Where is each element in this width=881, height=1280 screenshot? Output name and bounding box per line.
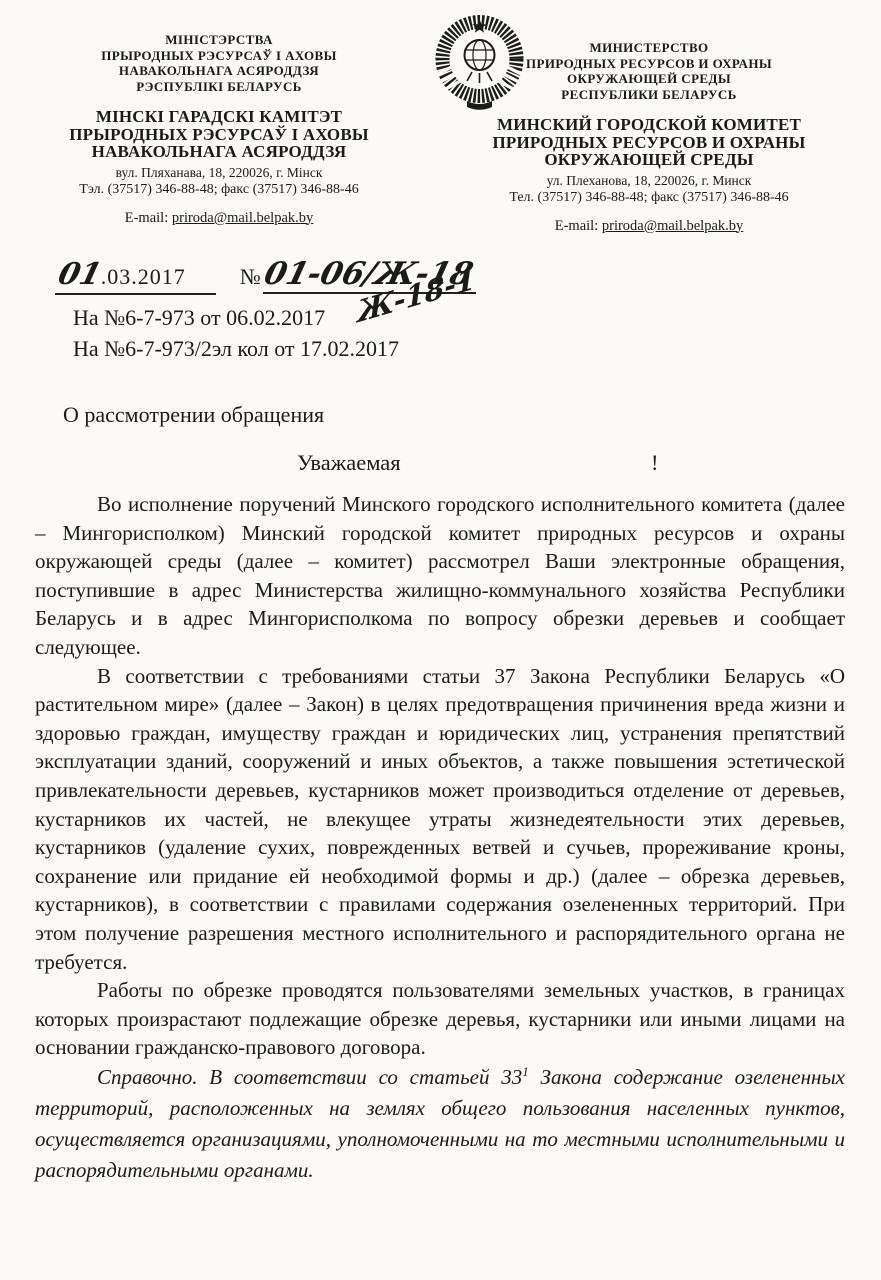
in-reply-to-line: На №6-7-973 от 06.02.2017 — [73, 302, 845, 333]
salutation-text: Уважаемая — [297, 450, 401, 476]
registration-block: 01.03.2017№01-06/Ж-18 Ж-18-1 На №6-7-973… — [55, 256, 845, 364]
email-address: priroda@mail.belpak.by — [172, 210, 313, 226]
outgoing-date: 01.03.2017 — [55, 257, 216, 295]
note-text: Справочно. В соответствии со статьей 33 — [97, 1065, 522, 1089]
ministry-line: РЕСПУБЛИКИ БЕЛАРУСЬ — [453, 87, 845, 103]
committee-line: НАВАКОЛЬНАГА АСЯРОДДЗЯ — [35, 143, 403, 161]
committee-name-ru: МИНСКИЙ ГОРОДСКОЙ КОМИТЕТ ПРИРОДНЫХ РЕСУ… — [453, 116, 845, 169]
phone-fax-be: Тэл. (37517) 346-88-48; факс (37517) 346… — [35, 182, 403, 198]
committee-line: ПРИРОДНЫХ РЕСУРСОВ И ОХРАНЫ — [453, 134, 845, 152]
letterhead: МІНІСТЭРСТВА ПРЫРОДНЫХ РЭСУРСАЎ І АХОВЫ … — [35, 10, 845, 242]
outgoing-date-number-row: 01.03.2017№01-06/Ж-18 Ж-18-1 — [55, 256, 845, 302]
committee-line: МИНСКИЙ ГОРОДСКОЙ КОМИТЕТ — [453, 116, 845, 134]
ministry-line: МИНИСТЕРСТВО — [453, 40, 845, 56]
ministry-line: МІНІСТЭРСТВА — [35, 32, 403, 48]
committee-line: ПРЫРОДНЫХ РЭСУРСАЎ І АХОВЫ — [35, 126, 403, 144]
body-paragraph: Во исполнение поручений Минского городск… — [35, 490, 845, 662]
committee-name-be: МІНСКІ ГАРАДСКІ КАМІТЭТ ПРЫРОДНЫХ РЭСУРС… — [35, 108, 403, 161]
email-line-be: E-mail: priroda@mail.belpak.by — [35, 210, 403, 227]
ministry-line: ПРИРОДНЫХ РЕСУРСОВ И ОХРАНЫ — [453, 56, 845, 72]
ministry-line: ПРЫРОДНЫХ РЭСУРСАЎ І АХОВЫ — [35, 48, 403, 64]
email-label: E-mail: — [125, 210, 169, 226]
letter-body: Во исполнение поручений Минского городск… — [35, 490, 845, 1186]
email-address: priroda@mail.belpak.by — [602, 218, 743, 234]
ministry-name-be: МІНІСТЭРСТВА ПРЫРОДНЫХ РЭСУРСАЎ І АХОВЫ … — [35, 32, 403, 94]
committee-line: ОКРУЖАЮЩЕЙ СРЕДЫ — [453, 151, 845, 169]
subject-line: О рассмотрении обращения — [63, 402, 845, 428]
postal-address-ru: ул. Плеханова, 18, 220026, г. Минск — [453, 173, 845, 189]
letterhead-left-belarusian: МІНІСТЭРСТВА ПРЫРОДНЫХ РЭСУРСАЎ І АХОВЫ … — [35, 10, 403, 227]
committee-line: МІНСКІ ГАРАДСКІ КАМІТЭТ — [35, 108, 403, 126]
body-paragraph: В соответствии с требованиями статьи 37 … — [35, 662, 845, 977]
email-label: E-mail: — [555, 218, 599, 234]
salutation-exclamation: ! — [651, 450, 659, 476]
ministry-line: ОКРУЖАЮЩЕЙ СРЕДЫ — [453, 71, 845, 87]
email-line-ru: E-mail: priroda@mail.belpak.by — [453, 218, 845, 235]
postal-address-be: вул. Пляханава, 18, 220026, г. Мінск — [35, 165, 403, 181]
salutation-row: Уважаемая ! — [35, 450, 845, 482]
number-sign: № — [240, 264, 261, 289]
ministry-line: НАВАКОЛЬНАГА АСЯРОДДЗЯ — [35, 63, 403, 79]
ministry-name-ru: МИНИСТЕРСТВО ПРИРОДНЫХ РЕСУРСОВ И ОХРАНЫ… — [453, 40, 845, 102]
body-paragraph: Работы по обрезке проводятся пользовател… — [35, 976, 845, 1062]
phone-fax-ru: Тел. (37517) 346-88-48; факс (37517) 346… — [453, 190, 845, 206]
scanned-letter-page: МІНІСТЭРСТВА ПРЫРОДНЫХ РЭСУРСАЎ І АХОВЫ … — [0, 0, 881, 1280]
handwritten-day: 01 — [55, 257, 105, 292]
typed-date: .03.2017 — [101, 264, 186, 289]
reference-note-paragraph: Справочно. В соответствии со статьей 331… — [35, 1062, 845, 1186]
letterhead-right-russian: МИНИСТЕРСТВО ПРИРОДНЫХ РЕСУРСОВ И ОХРАНЫ… — [453, 10, 845, 235]
ministry-line: РЭСПУБЛІКІ БЕЛАРУСЬ — [35, 79, 403, 95]
in-reply-to-line: На №6-7-973/2эл кол от 17.02.2017 — [73, 333, 845, 364]
